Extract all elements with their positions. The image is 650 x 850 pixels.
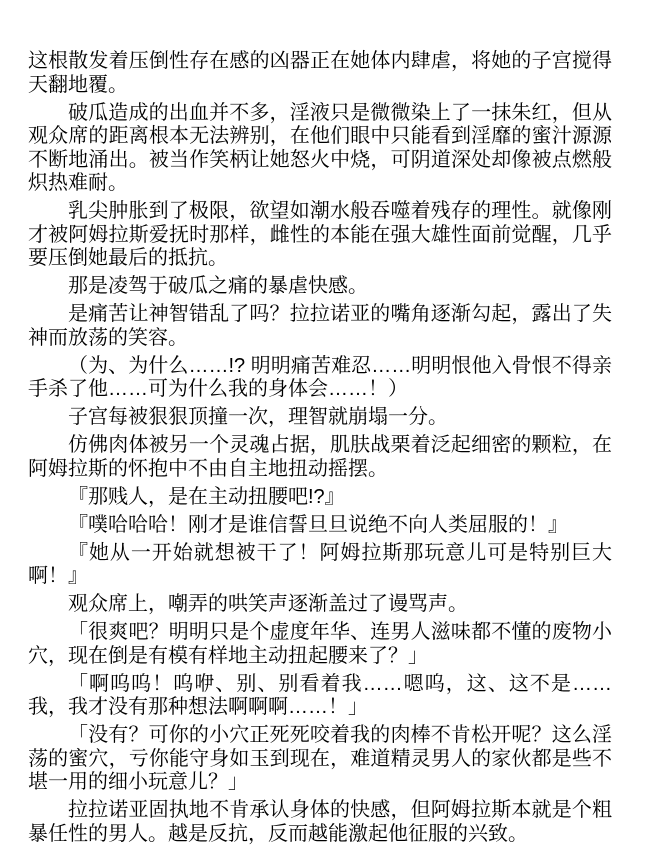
paragraph-3: 乳尖肿胀到了极限，欲望如潮水般吞噬着残存的理性。就像刚才被阿姆拉斯爱抚时那样，雌… <box>28 200 612 271</box>
paragraph-16: 拉拉诺亚固执地不肯承认身体的快感，但阿姆拉斯本就是个粗暴任性的男人。越是反抗，反… <box>28 799 612 846</box>
paragraph-5: 是痛苦让神智错乱了吗？拉拉诺亚的嘴角逐渐勾起，露出了失神而放荡的笑容。 <box>28 303 612 350</box>
paragraph-9: 『那贱人，是在主动扭腰吧!?』 <box>28 486 612 510</box>
paragraph-15: 「没有？可你的小穴正死死咬着我的肉棒不肯松开呢？这么淫荡的蜜穴，亏你能守身如玉到… <box>28 724 612 795</box>
paragraph-1: 这根散发着压倒性存在感的凶器正在她体内肆虐，将她的子宫搅得天翻地覆。 <box>28 50 612 97</box>
paragraph-14: 「啊呜呜！呜咿、别、别看着我……嗯呜，这、这不是……我，我才没有那种想法啊啊啊…… <box>28 673 612 720</box>
paragraph-8: 仿佛肉体被另一个灵魂占据，肌肤战栗着泛起细密的颗粒，在阿姆拉斯的怀抱中不由自主地… <box>28 434 612 481</box>
paragraph-7: 子宫每被狠狠顶撞一次，理智就崩塌一分。 <box>28 406 612 430</box>
paragraph-4: 那是凌驾于破瓜之痛的暴虐快感。 <box>28 275 612 299</box>
paragraph-11: 『她从一开始就想被干了！阿姆拉斯那玩意儿可是特别巨大啊！』 <box>28 542 612 589</box>
paragraph-6: （为、为什么……!? 明明痛苦难忍……明明恨他入骨恨不得亲手杀了他……可为什么我… <box>28 355 612 402</box>
paragraph-2: 破瓜造成的出血并不多，淫液只是微微染上了一抹朱红，但从观众席的距离根本无法辨别，… <box>28 102 612 196</box>
paragraph-12: 观众席上，嘲弄的哄笑声逐渐盖过了谩骂声。 <box>28 593 612 617</box>
novel-text-content: 这根散发着压倒性存在感的凶器正在她体内肆虐，将她的子宫搅得天翻地覆。破瓜造成的出… <box>28 50 612 846</box>
paragraph-10: 『噗哈哈哈！刚才是谁信誓旦旦说绝不向人类屈服的！』 <box>28 514 612 538</box>
paragraph-13: 「很爽吧？明明只是个虚度年华、连男人滋味都不懂的废物小穴，现在倒是有模有样地主动… <box>28 621 612 668</box>
document-page: 这根散发着压倒性存在感的凶器正在她体内肆虐，将她的子宫搅得天翻地覆。破瓜造成的出… <box>0 0 650 850</box>
